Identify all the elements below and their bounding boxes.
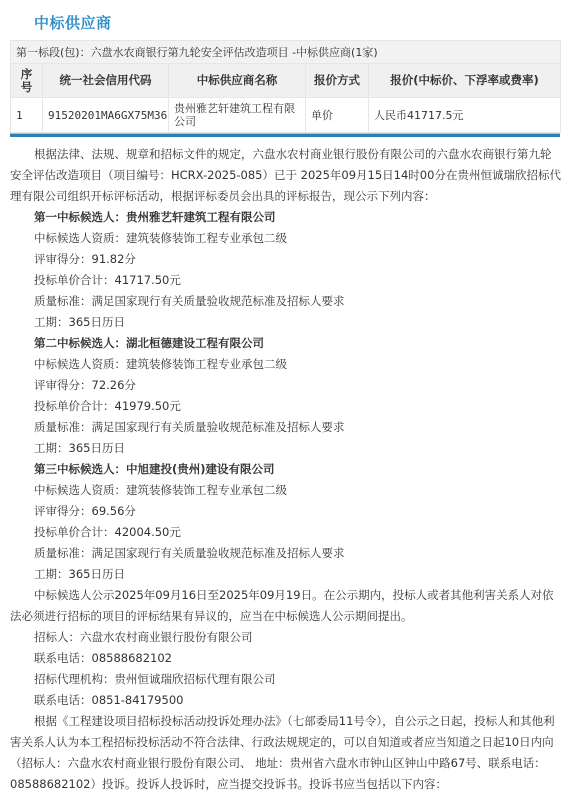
notice-period-paragraph: 中标候选人公示2025年09月16日至2025年09月19日。在公示期内，投标人… — [10, 585, 562, 627]
candidate-1-heading: 第一中标候选人：贵州雅艺轩建筑工程有限公司 — [10, 207, 562, 228]
cell-credit-code: 91520201MA6GX75M36 — [43, 98, 169, 133]
intro-paragraph: 根据法律、法规、规章和招标文件的规定，六盘水农村商业银行股份有限公司的六盘水农商… — [10, 144, 562, 207]
cell-index: 1 — [11, 98, 43, 133]
candidate-3-quality: 质量标准：满足国家现行有关质量验收规范标准及招标人要求 — [10, 543, 562, 564]
table-caption: 第一标段(包)：六盘水农商银行第九轮安全评估改造项目 -中标供应商(1家) — [16, 46, 378, 59]
candidate-1-price: 投标单价合计：41717.50元 — [10, 270, 562, 291]
candidate-2-qualification: 中标候选人资质：建筑装修装饰工程专业承包二级 — [10, 354, 562, 375]
complaint-paragraph: 根据《工程建设项目招标投标活动投诉处理办法》（七部委局11号令），自公示之日起，… — [10, 711, 562, 795]
cell-quote: 人民币41717.5元 — [369, 98, 561, 133]
tenderer: 招标人：六盘水农村商业银行股份有限公司 — [10, 627, 562, 648]
header-index: 序号 — [11, 64, 43, 98]
candidate-2-quality: 质量标准：满足国家现行有关质量验收规范标准及招标人要求 — [10, 417, 562, 438]
agency: 招标代理机构：贵州恒诚瑞欣招标代理有限公司 — [10, 669, 562, 690]
section-title: 中标供应商 — [34, 12, 112, 33]
cell-supplier-name: 贵州雅艺轩建筑工程有限公司 — [169, 98, 306, 133]
candidate-3-price: 投标单价合计：42004.50元 — [10, 522, 562, 543]
cell-quote-method: 单价 — [306, 98, 369, 133]
header-quote: 报价(中标价、下浮率或费率) — [369, 64, 561, 98]
tenderer-phone: 联系电话：08588682102 — [10, 648, 562, 669]
candidate-1-quality: 质量标准：满足国家现行有关质量验收规范标准及招标人要求 — [10, 291, 562, 312]
candidate-3-qualification: 中标候选人资质：建筑装修装饰工程专业承包二级 — [10, 480, 562, 501]
candidate-2-period: 工期：365日历日 — [10, 438, 562, 459]
table-caption-row: 第一标段(包)：六盘水农商银行第九轮安全评估改造项目 -中标供应商(1家) — [11, 41, 561, 64]
divider — [10, 133, 560, 137]
candidate-3-period: 工期：365日历日 — [10, 564, 562, 585]
candidate-2-score: 评审得分：72.26分 — [10, 375, 562, 396]
candidate-1-period: 工期：365日历日 — [10, 312, 562, 333]
table-row: 1 91520201MA6GX75M36 贵州雅艺轩建筑工程有限公司 单价 人民… — [11, 98, 561, 133]
header-quote-method: 报价方式 — [306, 64, 369, 98]
candidate-1-qualification: 中标候选人资质：建筑装修装饰工程专业承包二级 — [10, 228, 562, 249]
header-credit-code: 统一社会信用代码 — [43, 64, 169, 98]
agency-phone: 联系电话：0851-84179500 — [10, 690, 562, 711]
candidate-3-score: 评审得分：69.56分 — [10, 501, 562, 522]
winning-supplier-table: 第一标段(包)：六盘水农商银行第九轮安全评估改造项目 -中标供应商(1家) 序号… — [10, 40, 561, 133]
table-header-row: 序号 统一社会信用代码 中标供应商名称 报价方式 报价(中标价、下浮率或费率) — [11, 64, 561, 98]
candidate-1-score: 评审得分：91.82分 — [10, 249, 562, 270]
header-supplier-name: 中标供应商名称 — [169, 64, 306, 98]
candidate-2-price: 投标单价合计：41979.50元 — [10, 396, 562, 417]
announcement-body: 根据法律、法规、规章和招标文件的规定，六盘水农村商业银行股份有限公司的六盘水农商… — [10, 144, 562, 795]
candidate-2-heading: 第二中标候选人：湖北桓德建设工程有限公司 — [10, 333, 562, 354]
candidate-3-heading: 第三中标候选人：中旭建投(贵州)建设有限公司 — [10, 459, 562, 480]
